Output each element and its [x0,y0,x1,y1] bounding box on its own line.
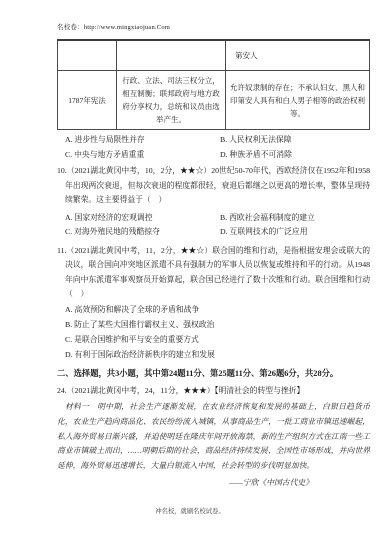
option-10-c: C. 对海外殖民地的残酷掠夺 [65,225,220,240]
table-cell-empty-1 [58,40,117,71]
document-page: 名校卷：http://www.mingxiaojuan.Com 第安人 1787… [57,23,370,490]
page-footer-slogan: 冲名校，就刷名校试卷。 [0,506,380,515]
table-row-carryover: 第安人 [58,40,370,71]
question-10-options: A. 国家对经济的宏观调控 B. 西欧社会福利制度的建立 C. 对海外殖民地的残… [65,211,370,240]
option-10-a: A. 国家对经济的宏观调控 [65,211,220,226]
table-row-1787: 1787年宪法 行政、立法、司法三权分立，相互制衡；联邦政府与地方政府分享权力，… [58,71,370,130]
question-11-stem: 11.（2021湖北黄冈中考，11，2分，★★☆）联合国的维和行动，是指根据安理… [57,244,370,302]
constitution-table: 第安人 1787年宪法 行政、立法、司法三权分立，相互制衡；联邦政府与地方政府分… [57,39,370,130]
table-cell-term: 1787年宪法 [58,71,117,130]
option-9-c: C. 中央与地方矛盾重重 [65,148,220,163]
option-11-a: A. 高效预防和解决了全球的矛盾和战争 [65,302,370,317]
site-url-label: 名校卷：http://www.mingxiaojuan.Com [57,23,370,32]
material-1-source: ——宁欣《中国古代史》 [57,475,370,490]
option-9-b: B. 人民权利无法保障 [220,133,370,148]
option-10-b: B. 西欧社会福利制度的建立 [220,211,370,226]
table-cell-carryover: 第安人 [226,40,370,71]
option-9-d: D. 种族矛盾不可消除 [220,148,370,163]
option-11-d: D. 有利于国际政治经济新秩序的建立和发展 [65,347,370,362]
option-9-a: A. 进步性与局限性并存 [65,133,220,148]
table-cell-content: 行政、立法、司法三权分立，相互制衡；联邦政府与地方政府分享权力，总统和议员由选举… [117,71,226,130]
question-24-header: 24.（2021湖北黄冈中考，24，11分，★★★）【明清社会的转型与挫折】 [57,384,370,399]
option-11-c: C. 是联合国维护和平与安全的重要方式 [65,332,370,347]
option-11-b: B. 防止了某些大国推行霸权主义、强权政治 [65,317,370,332]
section-2-header: 二、选择题，共3小题，其中第24题11分、第25题11分、第26题6分，共28分… [57,366,370,381]
table-cell-evaluation: 允许奴隶制的存在；不承认妇女、黑人和印第安人具有和白人男子相等的政治权利等。 [226,71,370,130]
question-10-stem: 10.（2021湖北黄冈中考，10，2分，★★☆）20世纪50-70年代，西欧经… [57,164,370,208]
question-9-options: A. 进步性与局限性并存 B. 人民权利无法保障 C. 中央与地方矛盾重重 D.… [65,133,370,162]
material-1-paragraph: 材料一 明中期，社会生产逐渐发展，在农业经济恢复和发展的基础上，白银日趋货币化，… [57,400,370,474]
option-10-d: D. 互联网技术的广泛应用 [220,225,370,240]
table-cell-empty-2 [117,40,226,71]
question-11-options: A. 高效预防和解决了全球的矛盾和战争 B. 防止了某些大国推行霸权主义、强权政… [65,302,370,362]
